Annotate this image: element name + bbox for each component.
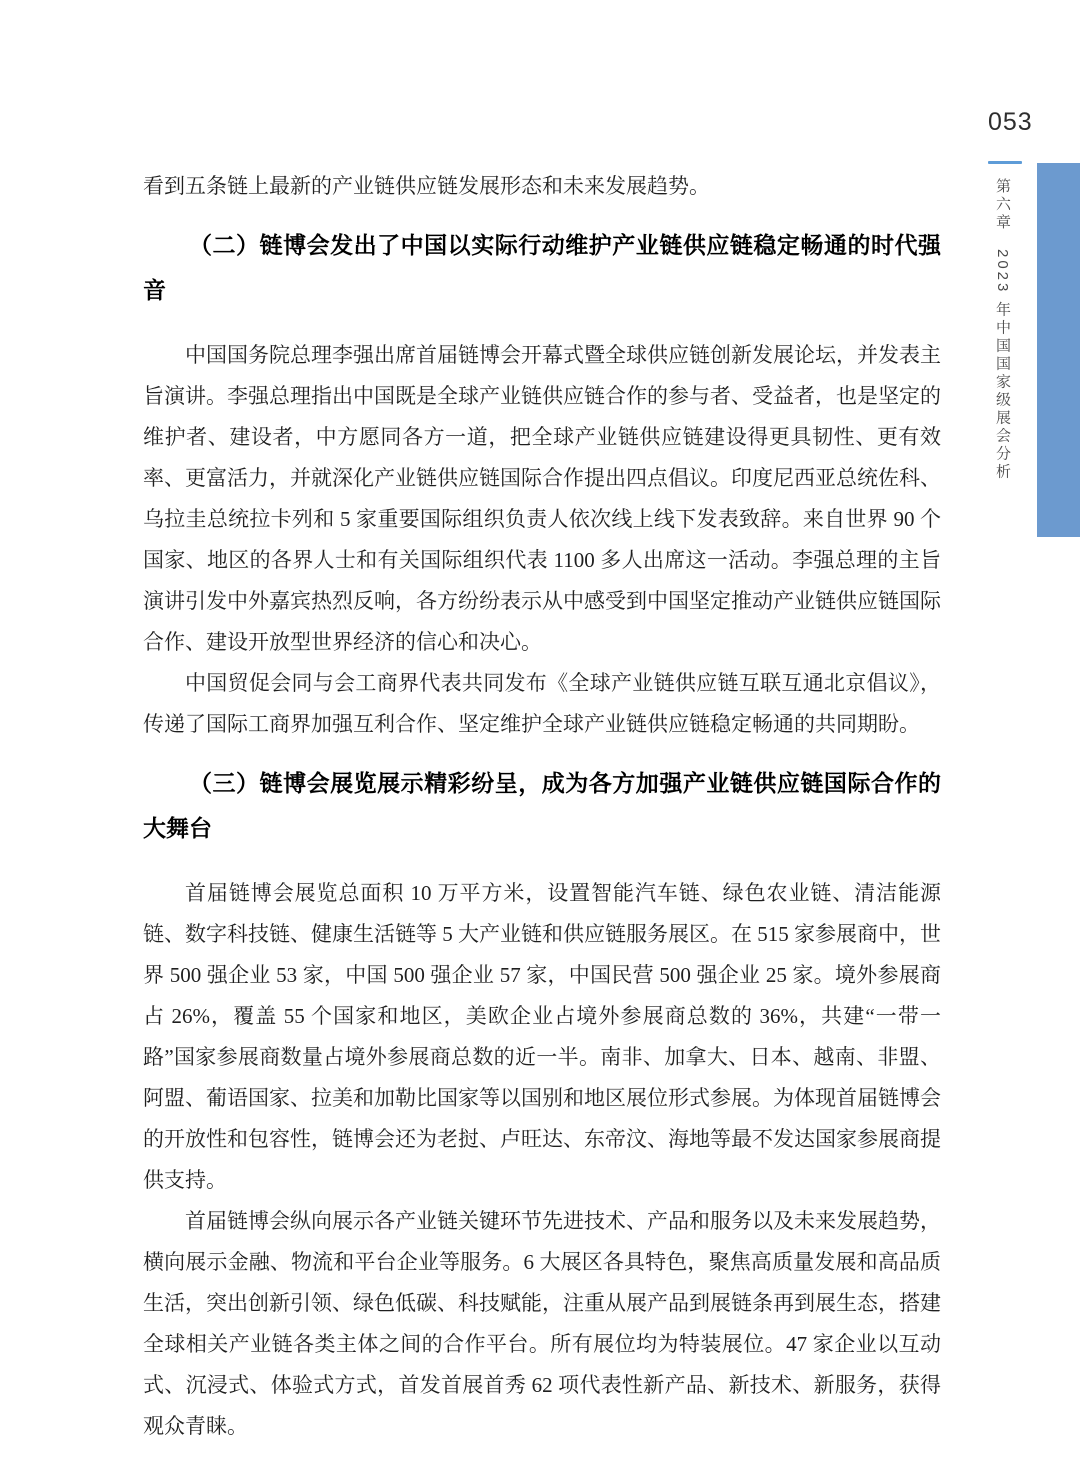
section-2-paragraph-1: 中国国务院总理李强出席首届链博会开幕式暨全球供应链创新发展论坛，并发表主旨演讲。… [143,335,941,663]
document-page: 053 第六章2023 年中国国家级展会分析 看到五条链上最新的产业链供应链发展… [0,0,1080,1465]
section-heading-2: （二）链博会发出了中国以实际行动维护产业链供应链稳定畅通的时代强音 [143,223,941,313]
section-heading-3: （三）链博会展览展示精彩纷呈，成为各方加强产业链供应链国际合作的大舞台 [143,761,941,851]
page-number-underline [988,161,1022,164]
section-2-paragraph-2: 中国贸促会同与会工商界代表共同发布《全球产业链供应链互联互通北京倡议》，传递了国… [143,663,941,745]
section-3-paragraph-2: 首届链博会纵向展示各产业链关键环节先进技术、产品和服务以及未来发展趋势，横向展示… [143,1201,941,1447]
chapter-accent-bar [1037,163,1080,537]
chapter-sidebar-title: 2023 年中国国家级展会分析 [994,249,1011,482]
chapter-sidebar-label: 第六章2023 年中国国家级展会分析 [992,178,1013,558]
page-number: 053 [988,108,1033,137]
page-content: 看到五条链上最新的产业链供应链发展形态和未来发展趋势。 （二）链博会发出了中国以… [143,166,941,1447]
section-3-paragraph-1: 首届链博会展览总面积 10 万平方米，设置智能汽车链、绿色农业链、清洁能源链、数… [143,873,941,1201]
paragraph-continuation: 看到五条链上最新的产业链供应链发展形态和未来发展趋势。 [143,166,941,207]
chapter-sidebar-chapter: 第六章 [994,178,1011,232]
